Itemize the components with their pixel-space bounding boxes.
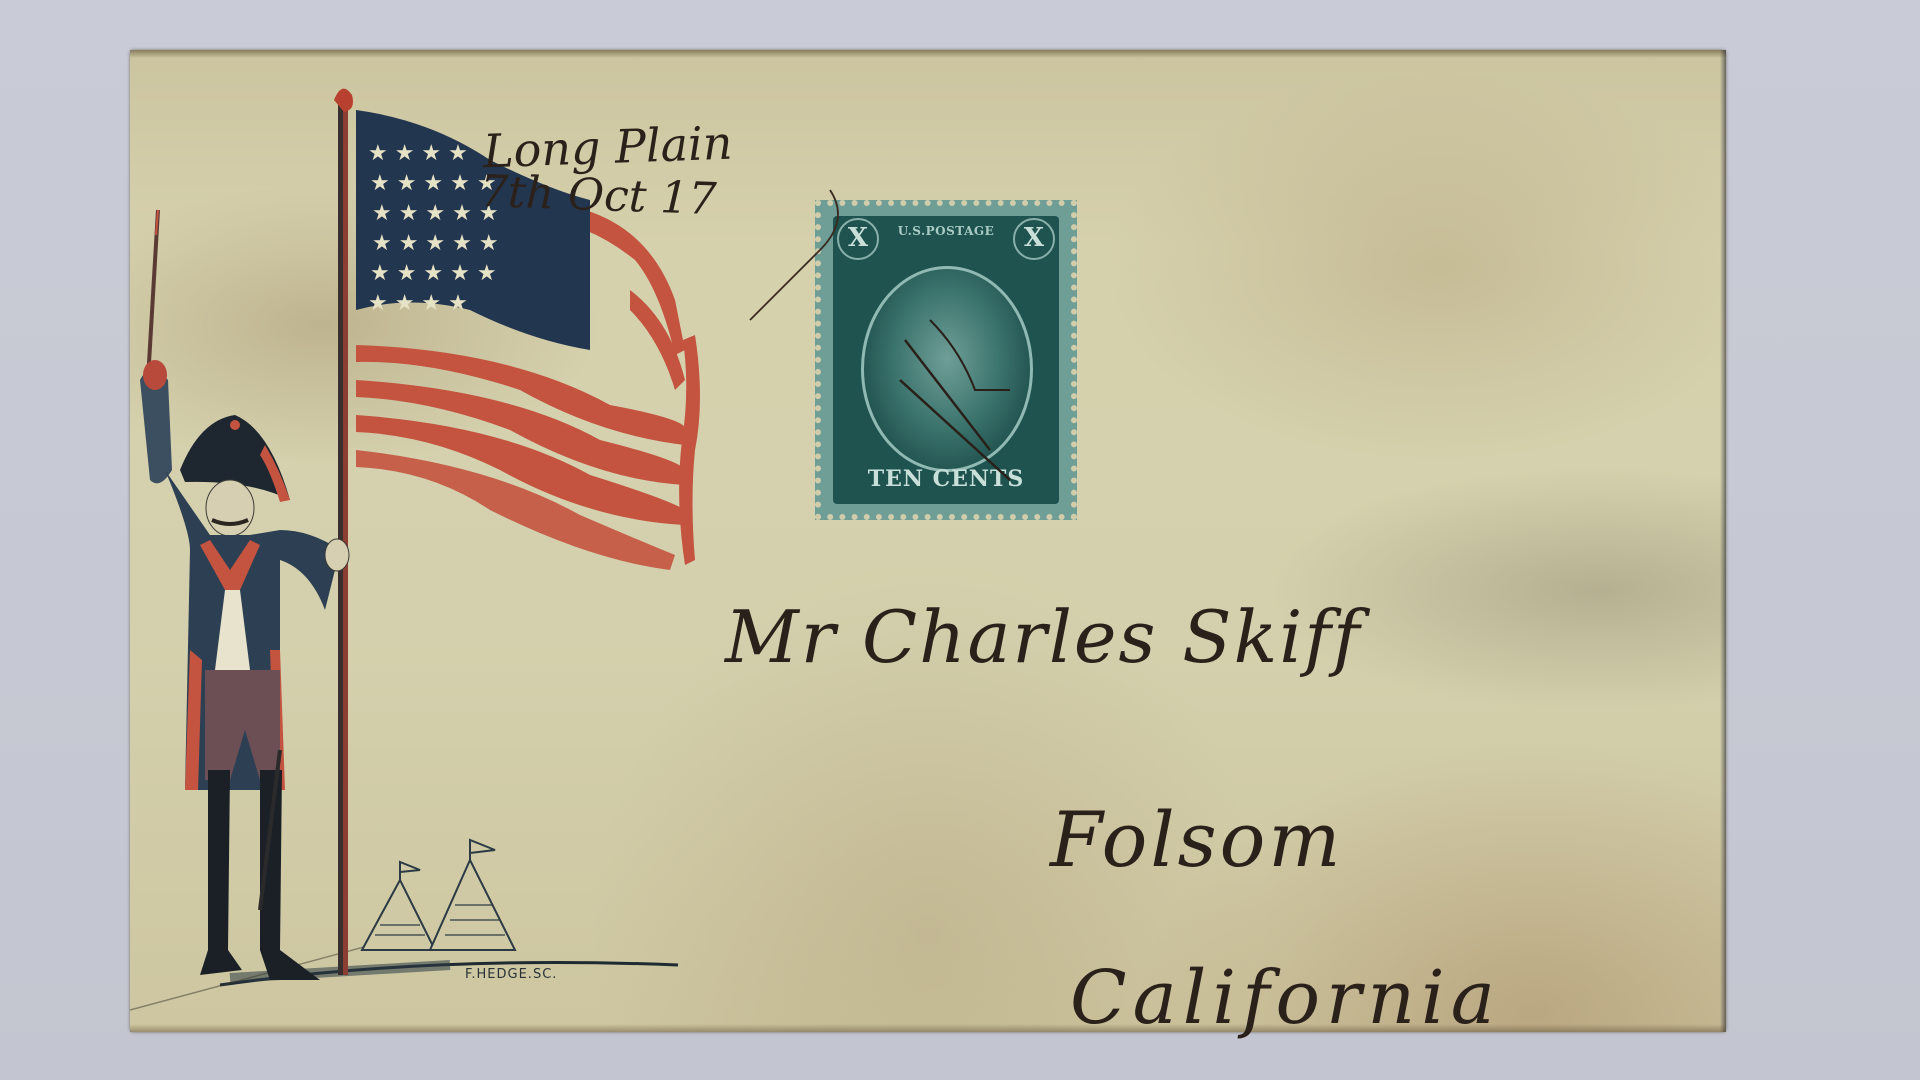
envelope-edge-right [1720, 50, 1726, 1032]
engraver-credit: F.HEDGE.SC. [465, 967, 557, 982]
svg-text:★ ★ ★ ★ ★: ★ ★ ★ ★ ★ [370, 261, 497, 286]
tents-icon [362, 840, 515, 950]
recipient-name: Mr Charles Skiff [725, 595, 1362, 679]
stamp-corner-right: X [1013, 218, 1055, 260]
svg-text:★ ★ ★ ★ ★: ★ ★ ★ ★ ★ [372, 231, 499, 256]
soldier-figure [140, 360, 349, 980]
stamp-design: X U.S.POSTAGE X TEN CENTS [833, 216, 1059, 504]
svg-text:★ ★ ★ ★: ★ ★ ★ ★ [368, 141, 468, 166]
stamp-denomination: TEN CENTS [833, 466, 1059, 492]
svg-text:★ ★ ★ ★: ★ ★ ★ ★ [368, 291, 468, 316]
svg-text:★ ★ ★ ★ ★: ★ ★ ★ ★ ★ [370, 171, 497, 196]
postmark-date: 7th Oct 17 [479, 166, 717, 225]
washington-portrait-icon [861, 266, 1033, 472]
recipient-city: Folsom [1050, 795, 1343, 884]
recipient-state: California [1070, 955, 1501, 1041]
envelope: ★ ★ ★ ★ ★ ★ ★ ★ ★ ★ ★ ★ ★ ★ ★ ★ ★ ★ ★ ★ … [130, 50, 1726, 1032]
postage-stamp: X U.S.POSTAGE X TEN CENTS [815, 200, 1077, 520]
